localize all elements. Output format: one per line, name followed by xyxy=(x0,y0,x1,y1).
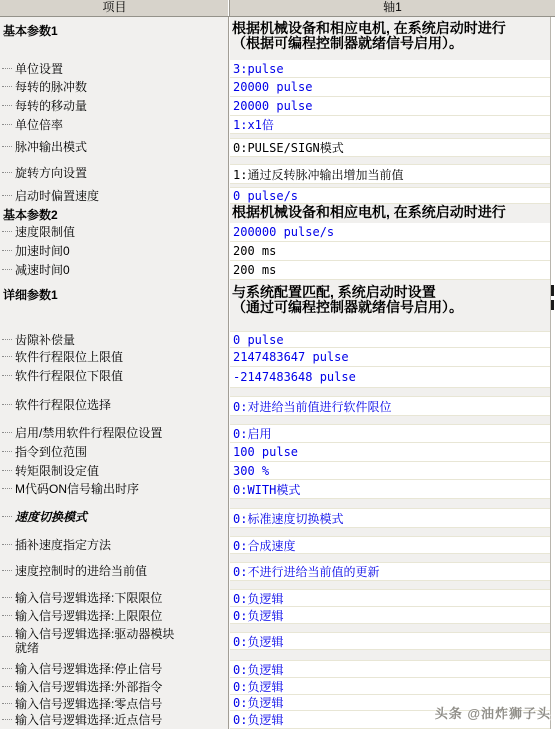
param-name-cell: 软件行程限位选择 xyxy=(0,388,229,416)
param-name-cell: 转矩限制设定值 xyxy=(0,462,229,480)
param-value-cell[interactable]: 0:启用 xyxy=(229,416,555,443)
param-value[interactable]: 0:合成速度 xyxy=(230,536,555,554)
param-value[interactable]: 3:pulse xyxy=(230,60,555,78)
param-label: 启动时偏置速度 xyxy=(0,184,228,203)
param-label: 输入信号逻辑选择:上限限位 xyxy=(0,607,228,623)
tree-branch-icon xyxy=(2,432,12,433)
table-row: 输入信号逻辑选择:驱动器模块 就绪0:负逻辑 xyxy=(0,624,555,658)
section-description-line: 与系统配置匹配, 系统启动时设置 xyxy=(232,285,555,300)
param-label: 输入信号逻辑选择:下限限位 xyxy=(0,581,228,605)
tree-branch-icon xyxy=(2,488,12,489)
param-name-cell: 输入信号逻辑选择:停止信号 xyxy=(0,658,229,678)
param-value[interactable]: 0:负逻辑 xyxy=(230,678,555,695)
row-spacer xyxy=(230,581,555,589)
table-row: 速度限制值200000 pulse/s xyxy=(0,223,555,242)
tree-branch-icon xyxy=(2,124,12,125)
param-label: 输入信号逻辑选择:近点信号 xyxy=(0,711,228,727)
table-row: 旋转方向设置1:通过反转脉冲输出增加当前值 xyxy=(0,157,555,184)
param-name-cell: M代码ON信号输出时序 xyxy=(0,480,229,499)
param-name-cell: 软件行程限位下限值 xyxy=(0,367,229,388)
param-value-cell[interactable]: 0 pulse xyxy=(229,329,555,348)
param-value-cell[interactable]: 3:pulse xyxy=(229,60,555,78)
param-name-cell: 插补速度指定方法 xyxy=(0,528,229,554)
table-row: 减速时间0200 ms xyxy=(0,261,555,280)
watermark-text: 头条 @油炸狮子头 xyxy=(435,703,551,722)
section-label: 基本参数1 xyxy=(0,17,228,39)
param-value[interactable]: 0 pulse xyxy=(230,331,555,348)
table-row: 转矩限制设定值300 % xyxy=(0,462,555,480)
row-spacer xyxy=(230,157,555,164)
column-header-item[interactable]: 项目 xyxy=(0,0,230,16)
tree-branch-icon xyxy=(2,375,12,376)
param-name-cell: 输入信号逻辑选择:上限限位 xyxy=(0,607,229,624)
param-name-cell: 加速时间0 xyxy=(0,242,229,261)
row-spacer xyxy=(230,499,555,508)
tree-branch-icon xyxy=(2,339,12,340)
param-value-cell[interactable]: 0:WITH模式 xyxy=(229,480,555,499)
section-row: 基本参数1根据机械设备和相应电机, 在系统启动时进行（根据可编程控制器就绪信号启… xyxy=(0,17,555,60)
param-value[interactable]: 0 pulse/s xyxy=(230,187,555,204)
param-name-cell: 软件行程限位上限值 xyxy=(0,348,229,367)
param-value-cell[interactable]: 0:标准速度切换模式 xyxy=(229,499,555,528)
param-name-cell: 输入信号逻辑选择:下限限位 xyxy=(0,581,229,607)
param-name-cell: 输入信号逻辑选择:驱动器模块 就绪 xyxy=(0,624,229,658)
param-value[interactable]: 0:PULSE/SIGN模式 xyxy=(230,138,555,157)
param-name-cell: 基本参数2 xyxy=(0,204,229,223)
param-value-cell[interactable]: 0:不进行进给当前值的更新 xyxy=(229,554,555,581)
param-label: 输入信号逻辑选择:零点信号 xyxy=(0,695,228,711)
param-label: 速度限制值 xyxy=(0,223,228,239)
param-value[interactable]: 0:负逻辑 xyxy=(230,632,555,650)
param-value[interactable]: -2147483648 pulse xyxy=(230,367,555,388)
param-value-cell[interactable]: 0:负逻辑 xyxy=(229,678,555,695)
param-value[interactable]: 0:对进给当前值进行软件限位 xyxy=(230,396,555,416)
param-label: 每转的脉冲数 xyxy=(0,78,228,94)
tree-branch-icon xyxy=(2,146,12,147)
param-value[interactable]: 0:负逻辑 xyxy=(230,589,555,607)
tree-branch-icon xyxy=(2,86,12,87)
param-value-cell[interactable]: -2147483648 pulse xyxy=(229,367,555,388)
param-value-cell[interactable]: 1:x1倍 xyxy=(229,116,555,134)
clipped-text-fragment xyxy=(551,285,554,296)
section-desc-cell: 与系统配置匹配, 系统启动时设置（通过可编程控制器就绪信号启用）。 xyxy=(229,280,555,329)
tree-branch-icon xyxy=(2,404,12,405)
param-label: 单位设置 xyxy=(0,60,228,76)
param-value[interactable]: 1:x1倍 xyxy=(230,116,555,134)
section-description-line: （通过可编程控制器就绪信号启用）。 xyxy=(232,300,555,315)
param-label: 旋转方向设置 xyxy=(0,157,228,180)
param-value-cell[interactable]: 0:负逻辑 xyxy=(229,658,555,678)
tree-branch-icon xyxy=(2,195,12,196)
section-label: 详细参数1 xyxy=(0,280,228,303)
tree-branch-icon xyxy=(2,719,12,720)
param-label: 每转的移动量 xyxy=(0,97,228,113)
column-header-axis1[interactable]: 轴1 xyxy=(230,0,555,16)
table-row: 加速时间0200 ms xyxy=(0,242,555,261)
param-name-cell: 旋转方向设置 xyxy=(0,157,229,184)
table-row: 插补速度指定方法0:合成速度 xyxy=(0,528,555,554)
tree-branch-icon xyxy=(2,105,12,106)
tree-branch-icon xyxy=(2,686,12,687)
param-value-cell[interactable]: 200 ms xyxy=(229,261,555,280)
param-value[interactable]: 0:负逻辑 xyxy=(230,660,555,678)
table-row: 速度控制时的进给当前值0:不进行进给当前值的更新 xyxy=(0,554,555,581)
param-value[interactable]: 200 ms xyxy=(230,261,555,280)
param-value-cell[interactable]: 1:通过反转脉冲输出增加当前值 xyxy=(229,157,555,184)
param-name-cell: 启用/禁用软件行程限位设置 xyxy=(0,416,229,443)
param-name-cell: 输入信号逻辑选择:近点信号 xyxy=(0,711,229,729)
param-name-cell: 速度控制时的进给当前值 xyxy=(0,554,229,581)
parameter-grid-window: 项目 轴1 基本参数1根据机械设备和相应电机, 在系统启动时进行（根据可编程控制… xyxy=(0,0,555,729)
param-label: 加速时间0 xyxy=(0,242,228,258)
param-label: 软件行程限位下限值 xyxy=(0,367,228,383)
tree-branch-icon xyxy=(2,68,12,69)
param-label: 速度切换模式 xyxy=(0,499,228,524)
param-name-cell: 速度切换模式 xyxy=(0,499,229,528)
param-label: 启用/禁用软件行程限位设置 xyxy=(0,416,228,440)
param-value[interactable]: 20000 pulse xyxy=(230,97,555,116)
param-value[interactable]: 200000 pulse/s xyxy=(230,223,555,242)
param-value-cell[interactable]: 200000 pulse/s xyxy=(229,223,555,242)
param-label: 软件行程限位选择 xyxy=(0,388,228,412)
param-value-cell[interactable]: 20000 pulse xyxy=(229,78,555,97)
param-name-cell: 单位设置 xyxy=(0,60,229,78)
param-value[interactable]: 0:WITH模式 xyxy=(230,480,555,499)
table-row: 软件行程限位选择0:对进给当前值进行软件限位 xyxy=(0,388,555,416)
param-name-cell: 减速时间0 xyxy=(0,261,229,280)
row-spacer xyxy=(230,554,555,562)
param-value[interactable]: 300 % xyxy=(230,462,555,480)
section-description-line: 根据机械设备和相应电机, 在系统启动时进行 xyxy=(232,205,555,220)
param-value-cell[interactable]: 300 % xyxy=(229,462,555,480)
param-name-cell: 速度限制值 xyxy=(0,223,229,242)
table-row: 单位设置3:pulse xyxy=(0,60,555,78)
table-row: 指令到位范围100 pulse xyxy=(0,443,555,462)
tree-branch-icon xyxy=(2,356,12,357)
section-description: 根据机械设备和相应电机, 在系统启动时进行（根据可编程控制器就绪信号启用）。 xyxy=(230,17,555,51)
param-name-cell: 启动时偏置速度 xyxy=(0,184,229,204)
param-name-cell: 基本参数1 xyxy=(0,17,229,60)
param-value-cell[interactable]: 0:负逻辑 xyxy=(229,581,555,607)
section-description: 根据机械设备和相应电机, 在系统启动时进行 xyxy=(230,204,555,220)
param-value[interactable]: 0:不进行进给当前值的更新 xyxy=(230,562,555,581)
table-row: 软件行程限位下限值-2147483648 pulse xyxy=(0,367,555,388)
tree-branch-icon xyxy=(2,231,12,232)
param-name-cell: 齿隙补偿量 xyxy=(0,329,229,348)
param-value[interactable]: 2147483647 pulse xyxy=(230,348,555,367)
grid-header-row: 项目 轴1 xyxy=(0,0,555,17)
param-value-cell[interactable]: 0:负逻辑 xyxy=(229,607,555,624)
param-name-cell: 单位倍率 xyxy=(0,116,229,134)
param-label: 齿隙补偿量 xyxy=(0,329,228,347)
param-label: 转矩限制设定值 xyxy=(0,462,228,478)
tree-branch-icon xyxy=(2,269,12,270)
table-row: 输入信号逻辑选择:下限限位0:负逻辑 xyxy=(0,581,555,607)
tree-branch-icon xyxy=(2,544,12,545)
section-label: 基本参数2 xyxy=(0,204,228,223)
param-name-cell: 输入信号逻辑选择:零点信号 xyxy=(0,695,229,711)
param-label: 减速时间0 xyxy=(0,261,228,277)
tree-branch-icon xyxy=(2,615,12,616)
row-spacer xyxy=(230,416,555,424)
tree-branch-icon xyxy=(2,703,12,704)
table-row: 每转的脉冲数20000 pulse xyxy=(0,78,555,97)
section-row: 基本参数2根据机械设备和相应电机, 在系统启动时进行 xyxy=(0,204,555,223)
row-spacer xyxy=(230,528,555,536)
param-label: 输入信号逻辑选择:外部指令 xyxy=(0,678,228,694)
param-label: 脉冲输出模式 xyxy=(0,134,228,154)
tree-branch-icon xyxy=(2,570,12,571)
param-value-cell[interactable]: 0:合成速度 xyxy=(229,528,555,554)
param-value-cell[interactable]: 20000 pulse xyxy=(229,97,555,116)
table-row: 齿隙补偿量0 pulse xyxy=(0,329,555,348)
param-name-cell: 脉冲输出模式 xyxy=(0,134,229,157)
param-value-cell[interactable]: 2147483647 pulse xyxy=(229,348,555,367)
param-value[interactable]: 1:通过反转脉冲输出增加当前值 xyxy=(230,164,555,184)
tree-branch-icon xyxy=(2,451,12,452)
table-row: 每转的移动量20000 pulse xyxy=(0,97,555,116)
param-name-cell: 详细参数1 xyxy=(0,280,229,329)
param-value[interactable]: 200 ms xyxy=(230,242,555,261)
param-value-cell[interactable]: 0:PULSE/SIGN模式 xyxy=(229,134,555,157)
tree-branch-icon xyxy=(2,470,12,471)
param-label: 插补速度指定方法 xyxy=(0,528,228,552)
tree-branch-icon xyxy=(2,597,12,598)
param-value[interactable]: 0:标准速度切换模式 xyxy=(230,508,555,528)
param-label: 输入信号逻辑选择:驱动器模块 就绪 xyxy=(0,627,174,655)
param-value[interactable]: 0:启用 xyxy=(230,424,555,443)
section-desc-cell: 根据机械设备和相应电机, 在系统启动时进行（根据可编程控制器就绪信号启用）。 xyxy=(229,17,555,60)
param-value-cell[interactable]: 100 pulse xyxy=(229,443,555,462)
param-value[interactable]: 20000 pulse xyxy=(230,78,555,97)
param-value-cell[interactable]: 200 ms xyxy=(229,242,555,261)
tree-branch-icon xyxy=(2,636,12,637)
table-row: 脉冲输出模式0:PULSE/SIGN模式 xyxy=(0,134,555,157)
param-name-cell: 每转的脉冲数 xyxy=(0,78,229,97)
section-row: 详细参数1与系统配置匹配, 系统启动时设置（通过可编程控制器就绪信号启用）。 xyxy=(0,280,555,329)
param-label: 速度控制时的进给当前值 xyxy=(0,554,228,578)
param-name-cell: 指令到位范围 xyxy=(0,443,229,462)
table-row: 软件行程限位上限值2147483647 pulse xyxy=(0,348,555,367)
section-description-line: 根据机械设备和相应电机, 在系统启动时进行 xyxy=(232,21,555,36)
param-value-cell[interactable]: 0 pulse/s xyxy=(229,184,555,204)
tree-branch-icon xyxy=(2,250,12,251)
param-name-cell: 输入信号逻辑选择:外部指令 xyxy=(0,678,229,695)
table-row: 速度切换模式0:标准速度切换模式 xyxy=(0,499,555,528)
table-row: 输入信号逻辑选择:停止信号0:负逻辑 xyxy=(0,658,555,678)
row-spacer xyxy=(230,388,555,396)
clipped-text-fragment xyxy=(551,300,554,310)
table-row: 输入信号逻辑选择:外部指令0:负逻辑 xyxy=(0,678,555,695)
section-description: 与系统配置匹配, 系统启动时设置（通过可编程控制器就绪信号启用）。 xyxy=(230,280,555,315)
tree-branch-icon xyxy=(2,516,12,517)
table-row: 单位倍率1:x1倍 xyxy=(0,116,555,134)
tree-branch-icon xyxy=(2,668,12,669)
table-row: 启用/禁用软件行程限位设置0:启用 xyxy=(0,416,555,443)
param-label: M代码ON信号输出时序 xyxy=(0,480,228,496)
table-row: 输入信号逻辑选择:上限限位0:负逻辑 xyxy=(0,607,555,624)
param-name-cell: 每转的移动量 xyxy=(0,97,229,116)
parameter-rows: 基本参数1根据机械设备和相应电机, 在系统启动时进行（根据可编程控制器就绪信号启… xyxy=(0,17,555,729)
param-value-cell[interactable]: 0:负逻辑 xyxy=(229,624,555,658)
param-value[interactable]: 0:负逻辑 xyxy=(230,607,555,624)
param-label: 单位倍率 xyxy=(0,116,228,132)
tree-branch-icon xyxy=(2,172,12,173)
param-label: 软件行程限位上限值 xyxy=(0,348,228,364)
param-label: 输入信号逻辑选择:停止信号 xyxy=(0,658,228,676)
table-row: 启动时偏置速度0 pulse/s xyxy=(0,184,555,204)
table-row: M代码ON信号输出时序0:WITH模式 xyxy=(0,480,555,499)
param-value-cell[interactable]: 0:对进给当前值进行软件限位 xyxy=(229,388,555,416)
section-desc-cell: 根据机械设备和相应电机, 在系统启动时进行 xyxy=(229,204,555,223)
param-label: 指令到位范围 xyxy=(0,443,228,459)
param-value[interactable]: 100 pulse xyxy=(230,443,555,462)
clipped-next-column xyxy=(550,17,555,729)
section-description-line: （根据可编程控制器就绪信号启用）。 xyxy=(232,36,555,51)
